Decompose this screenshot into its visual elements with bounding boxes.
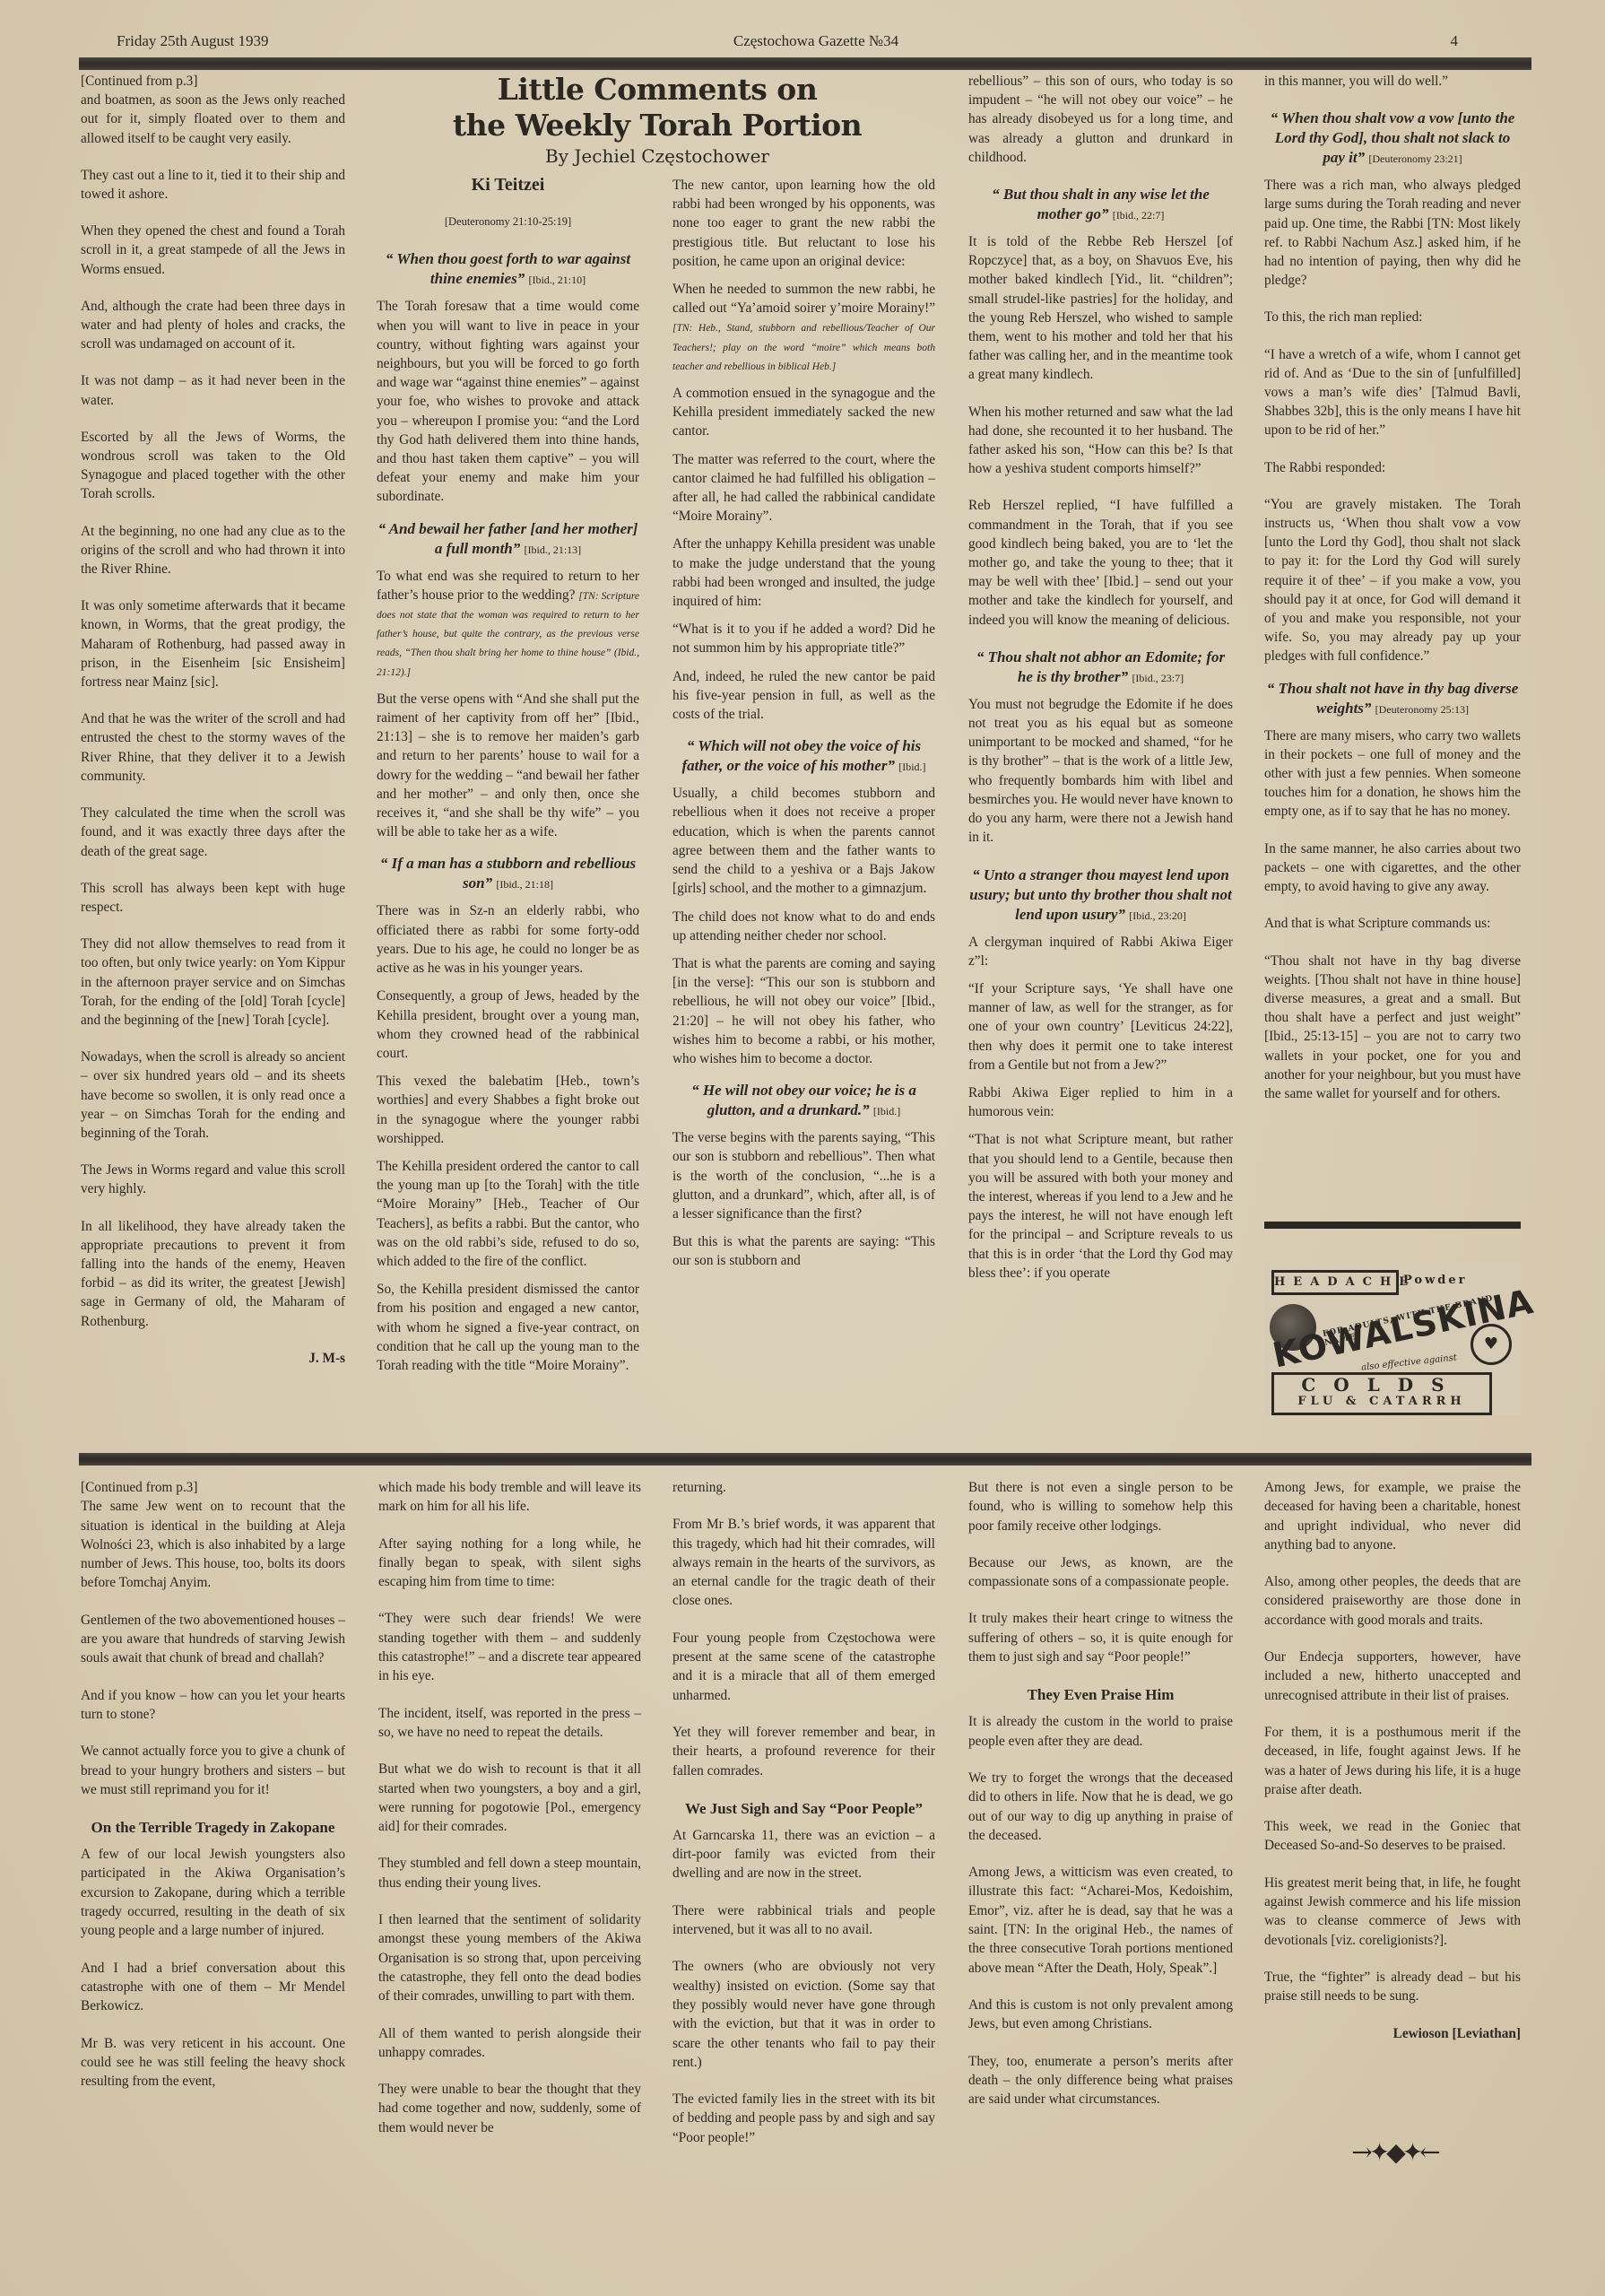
ad-colds-text: COLDS xyxy=(1274,1375,1489,1395)
ad-colds-box: COLDS FLU & CATARRH xyxy=(1271,1372,1492,1415)
paragraph: At Garncarska 11, there was an eviction … xyxy=(672,1826,935,1883)
paragraph: The evicted family lies in the street wi… xyxy=(672,2090,935,2147)
author-signature: Lewioson [Leviathan] xyxy=(1264,2024,1521,2043)
byline: By Jechiel Częstochower xyxy=(414,145,900,167)
paragraph: True, the “fighter” is already dead – bu… xyxy=(1264,1968,1521,2006)
column-5: in this manner, you will do well.” “ Whe… xyxy=(1264,72,1521,1112)
paragraph: They, too, enumerate a person’s merits a… xyxy=(968,2052,1233,2109)
paragraph: The Rabbi responded: xyxy=(1264,458,1521,477)
paragraph: A few of our local Jewish youngsters als… xyxy=(81,1845,345,1940)
paragraph: And that is what Scripture commands us: xyxy=(1264,914,1521,933)
paragraph: Gentlemen of the two abovementioned hous… xyxy=(81,1611,345,1668)
paragraph: “What is it to you if he added a word? D… xyxy=(672,620,935,657)
paragraph: Among Jews, for example, we praise the d… xyxy=(1264,1478,1521,1554)
paragraph: Consequently, a group of Jews, headed by… xyxy=(377,987,639,1063)
paragraph: But this is what the parents are saying:… xyxy=(672,1232,935,1270)
paragraph: At the beginning, no one had any clue as… xyxy=(81,522,345,579)
paragraph: A clergyman inquired of Rabbi Akiwa Eige… xyxy=(968,933,1233,970)
paragraph: When his mother returned and saw what th… xyxy=(968,403,1233,479)
top-divider-rule xyxy=(79,57,1531,70)
paragraph: The new cantor, upon learning how the ol… xyxy=(672,176,935,271)
paragraph: The matter was referred to the court, wh… xyxy=(672,450,935,526)
paragraph: Also, among other peoples, the deeds tha… xyxy=(1264,1572,1521,1630)
paragraph: From Mr B.’s brief words, it was apparen… xyxy=(672,1515,935,1610)
paragraph: Among Jews, a witticism was even created… xyxy=(968,1863,1233,1978)
paragraph: Four young people from Częstochowa were … xyxy=(672,1629,935,1705)
bottom-col1-paragraphs-2: A few of our local Jewish youngsters als… xyxy=(81,1845,345,2091)
section-divider-rule xyxy=(79,1453,1531,1465)
paragraph: Usually, a child becomes stubborn and re… xyxy=(672,784,935,898)
paragraph: They did not allow themselves to read fr… xyxy=(81,935,345,1030)
verse-heading: “ Thou shalt not abhor an Edomite; for h… xyxy=(968,648,1233,688)
paragraph: But the verse opens with “And she shall … xyxy=(377,690,639,842)
translator-note: [TN: Heb., Stand, stubborn and rebelliou… xyxy=(672,323,935,371)
section-heading: We Just Sigh and Say “Poor People” xyxy=(672,1798,935,1819)
paragraph: There was in Sz-n an elderly rabbi, who … xyxy=(377,901,639,978)
bottom-col3-paragraphs: returning.From Mr B.’s brief words, it w… xyxy=(672,1478,935,1780)
verse-heading: “ Which will not obey the voice of his f… xyxy=(672,736,935,777)
paragraph: We cannot actually force you to give a c… xyxy=(81,1742,345,1799)
paragraph: Reb Herszel replied, “I have fulfilled a… xyxy=(968,496,1233,629)
ad-also-effective-text: also effective against xyxy=(1361,1352,1458,1372)
verse-heading: “ But thou shalt in any wise let the mot… xyxy=(968,185,1233,225)
verse-heading: “ Unto a stranger thou mayest lend upon … xyxy=(968,865,1233,926)
paragraph: For them, it is a posthumous merit if th… xyxy=(1264,1723,1521,1799)
paragraph: The child does not know what to do and e… xyxy=(672,908,935,945)
paragraph: The incident, itself, was reported in th… xyxy=(378,1704,641,1743)
paragraph: In the same manner, he also carries abou… xyxy=(1264,839,1521,897)
section-heading: They Even Praise Him xyxy=(968,1684,1233,1705)
paragraph: They were unable to bear the thought tha… xyxy=(378,2080,641,2137)
paragraph: Mr B. was very reticent in his account. … xyxy=(81,2034,345,2092)
bottom-column-5: Among Jews, for example, we praise the d… xyxy=(1264,1478,1521,2043)
ad-headache-label: HEADACHE xyxy=(1271,1270,1399,1295)
paragraph: And if you know – how can you let your h… xyxy=(81,1686,345,1725)
paragraph: You must not begrudge the Edomite if he … xyxy=(968,695,1233,848)
continued-note: [Continued from p.3] xyxy=(81,72,345,91)
translator-note: [TN: Scripture does not state that the w… xyxy=(377,591,639,678)
page-header: Friday 25th August 1939 Częstochowa Gaze… xyxy=(117,32,1515,54)
paragraph: And I had a brief conversation about thi… xyxy=(81,1959,345,2016)
bottom-col1-paragraphs: The same Jew went on to recount that the… xyxy=(81,1497,345,1799)
paragraph: “That is not what Scripture meant, but r… xyxy=(968,1130,1233,1283)
paragraph: To this, the rich man replied: xyxy=(1264,308,1521,326)
paragraph: The Torah foresaw that a time would come… xyxy=(377,297,639,506)
paragraph: They calculated the time when the scroll… xyxy=(81,804,345,861)
article-title-block: Little Comments on the Weekly Torah Port… xyxy=(414,72,900,167)
col1-paragraphs: and boatmen, as soon as the Jews only re… xyxy=(81,91,345,1331)
column-2: Ki Teitzei [Deuteronomy 21:10-25:19] “ W… xyxy=(377,176,639,1384)
paragraph: Yet they will forever remember and bear,… xyxy=(672,1723,935,1780)
paragraph: in this manner, you will do well.” xyxy=(1264,72,1521,91)
paragraph: There are many misers, who carry two wal… xyxy=(1264,726,1521,822)
section-heading: On the Terrible Tragedy in Zakopane xyxy=(81,1817,345,1838)
continued-note: [Continued from p.3] xyxy=(81,1478,345,1497)
ad-powder-label: Powder xyxy=(1403,1274,1468,1287)
paragraph: The owners (who are obviously not very w… xyxy=(672,1957,935,2072)
verse-heading: “ He will not obey our voice; he is a gl… xyxy=(672,1081,935,1121)
bottom-col3-paragraphs-2: At Garncarska 11, there was an eviction … xyxy=(672,1826,935,2147)
paragraph: The same Jew went on to recount that the… xyxy=(81,1497,345,1592)
paragraph: A commotion ensued in the synagogue and … xyxy=(672,384,935,441)
paragraph: His greatest merit being that, in life, … xyxy=(1264,1874,1521,1950)
paragraph: I then learned that the sentiment of sol… xyxy=(378,1910,641,2005)
paragraph: Escorted by all the Jews of Worms, the w… xyxy=(81,428,345,504)
paragraph: It was only sometime afterwards that it … xyxy=(81,596,345,691)
paragraph: The Kehilla president ordered the cantor… xyxy=(377,1157,639,1271)
bottom-column-3: returning.From Mr B.’s brief words, it w… xyxy=(672,1478,935,2165)
paragraph: It truly makes their heart cringe to wit… xyxy=(968,1609,1233,1666)
paragraph: And, indeed, he ruled the new cantor be … xyxy=(672,667,935,725)
portion-name: Ki Teitzei xyxy=(377,176,639,195)
paragraph: And that he was the writer of the scroll… xyxy=(81,709,345,786)
paragraph: Our Endecja supporters, however, have in… xyxy=(1264,1648,1521,1705)
bottom-column-2: which made his body tremble and will lea… xyxy=(378,1478,641,2155)
headache-powder-advertisement: HEADACHE Powder FOR ADULTS, WITH THE BRA… xyxy=(1264,1263,1521,1415)
paragraph: And this is custom is not only prevalent… xyxy=(968,1996,1233,2034)
paragraph: returning. xyxy=(672,1478,935,1497)
verse-heading: “ Thou shalt not have in thy bag diverse… xyxy=(1264,679,1521,719)
verse-heading: “ And bewail her father [and her mother]… xyxy=(377,519,639,560)
verse-heading: “ When thou goest forth to war against t… xyxy=(377,249,639,290)
paragraph: “Thou shalt not have in thy bag diverse … xyxy=(1264,952,1521,1104)
paragraph: We try to forget the wrongs that the dec… xyxy=(968,1769,1233,1845)
bottom-col5-paragraphs: Among Jews, for example, we praise the d… xyxy=(1264,1478,1521,2006)
paragraph: Because our Jews, as known, are the comp… xyxy=(968,1553,1233,1592)
author-signature: J. M-s xyxy=(81,1349,345,1368)
paragraph: So, the Kehilla president dismissed the … xyxy=(377,1280,639,1375)
paragraph: This week, we read in the Goniec that De… xyxy=(1264,1817,1521,1856)
article-title-line-1: Little Comments on xyxy=(414,72,900,108)
paragraph: This scroll has always been kept with hu… xyxy=(81,879,345,917)
paragraph: rebellious” – this son of ours, who toda… xyxy=(968,72,1233,167)
portion-reference: [Deuteronomy 21:10-25:19] xyxy=(377,213,639,231)
paragraph: After saying nothing for a long while, h… xyxy=(378,1535,641,1592)
paragraph: It was not damp – as it had never been i… xyxy=(81,371,345,409)
bottom-col2-paragraphs: which made his body tremble and will lea… xyxy=(378,1478,641,2137)
paragraph: Nowadays, when the scroll is already so … xyxy=(81,1048,345,1143)
paragraph: But what we do wish to recount is that i… xyxy=(378,1760,641,1836)
paragraph: The verse begins with the parents saying… xyxy=(672,1128,935,1223)
paragraph: “I have a wretch of a wife, whom I canno… xyxy=(1264,345,1521,440)
paragraph: It is already the custom in the world to… xyxy=(968,1712,1233,1751)
ornament-icon: →✦◆✦← xyxy=(1332,2133,1457,2172)
paragraph: They stumbled and fell down a steep moun… xyxy=(378,1854,641,1892)
paragraph: which made his body tremble and will lea… xyxy=(378,1478,641,1517)
column-3: The new cantor, upon learning how the ol… xyxy=(672,176,935,1280)
publication-name: Częstochowa Gazette №34 xyxy=(117,32,1515,50)
paragraph: After the unhappy Kehilla president was … xyxy=(672,535,935,611)
paragraph: And, although the crate had been three d… xyxy=(81,297,345,354)
paragraph: and boatmen, as soon as the Jews only re… xyxy=(81,91,345,148)
paragraph: “You are gravely mistaken. The Torah ins… xyxy=(1264,495,1521,666)
bottom-column-1: [Continued from p.3] The same Jew went o… xyxy=(81,1478,345,2109)
verse-heading: “ When thou shalt vow a vow [unto the Lo… xyxy=(1264,109,1521,169)
paragraph: To what end was she required to return t… xyxy=(377,567,639,681)
paragraph: Rabbi Akiwa Eiger replied to him in a hu… xyxy=(968,1083,1233,1121)
bottom-col4-paragraphs-2: It is already the custom in the world to… xyxy=(968,1712,1233,2109)
paragraph: “They were such dear friends! We were st… xyxy=(378,1609,641,1685)
column-4: rebellious” – this son of ours, who toda… xyxy=(968,72,1233,1291)
paragraph: That is what the parents are coming and … xyxy=(672,954,935,1068)
paragraph: But there is not even a single person to… xyxy=(968,1478,1233,1535)
bottom-column-4: But there is not even a single person to… xyxy=(968,1478,1233,2126)
paragraph: When they opened the chest and found a T… xyxy=(81,222,345,279)
column-1: [Continued from p.3] and boatmen, as soo… xyxy=(81,72,345,1368)
bottom-col4-paragraphs: But there is not even a single person to… xyxy=(968,1478,1233,1666)
paragraph: They cast out a line to it, tied it to t… xyxy=(81,166,345,204)
paragraph: When he needed to summon the new rabbi, … xyxy=(672,280,935,375)
ad-flu-text: FLU & CATARRH xyxy=(1274,1395,1489,1409)
paragraph: It is told of the Rebbe Reb Herszel [of … xyxy=(968,232,1233,385)
paragraph: All of them wanted to perish alongside t… xyxy=(378,2024,641,2063)
paragraph: This vexed the balebatim [Heb., town’s w… xyxy=(377,1072,639,1148)
page-number: 4 xyxy=(1451,32,1459,50)
column-divider-rule xyxy=(1264,1222,1521,1229)
paragraph: “If your Scripture says, ‘Ye shall have … xyxy=(968,979,1233,1074)
paragraph: There were rabbinical trials and people … xyxy=(672,1901,935,1940)
verse-heading: “ If a man has a stubborn and rebellious… xyxy=(377,854,639,894)
paragraph: In all likelihood, they have already tak… xyxy=(81,1217,345,1331)
paragraph: The Jews in Worms regard and value this … xyxy=(81,1161,345,1198)
paragraph: There was a rich man, who always pledged… xyxy=(1264,176,1521,290)
heart-seal-icon: ♥ xyxy=(1471,1324,1512,1365)
article-title-line-2: the Weekly Torah Portion xyxy=(414,108,900,143)
